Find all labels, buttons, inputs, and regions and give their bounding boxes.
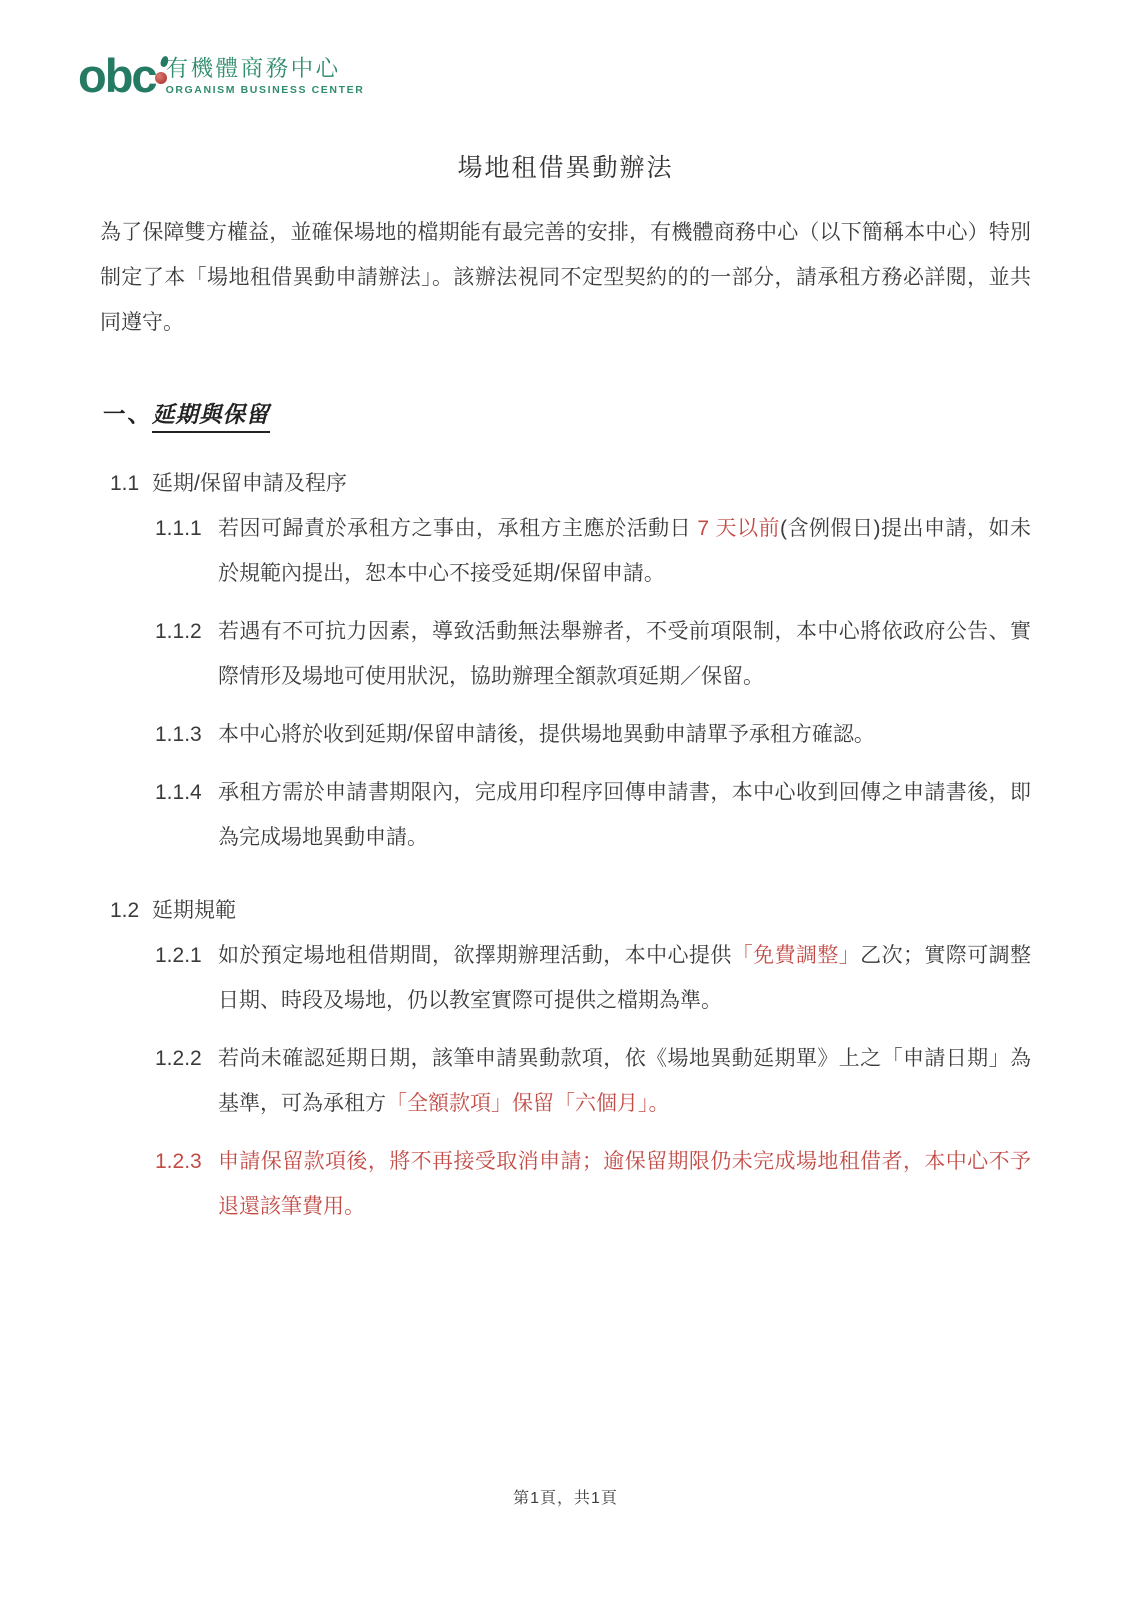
- clause-segment: 本中心將於收到延期/保留申請後，提供場地異動申請單予承租方確認。: [218, 723, 875, 746]
- clause-number: 1.1.1: [155, 506, 218, 596]
- clause-segment: 承租方需於申請書期限內，完成用印程序回傳申請書，本中心收到回傳之申請書後，即為完…: [218, 781, 1031, 849]
- page-footer: 第1頁，共1頁: [0, 1485, 1131, 1508]
- clause-1-2-1: 1.2.1 如於預定場地租借期間，欲擇期辦理活動，本中心提供「免費調整」乙次；實…: [155, 933, 1031, 1023]
- clause-number: 1.1.2: [155, 609, 218, 699]
- clause-number: 1.2.3: [155, 1139, 218, 1229]
- clause-segment-highlight: 「免費調整」: [732, 944, 860, 967]
- clause-text: 若尚未確認延期日期，該筆申請異動款項，依《場地異動延期單》上之「申請日期」為基準…: [218, 1036, 1031, 1126]
- clause-text: 申請保留款項後，將不再接受取消申請；逾保留期限仍未完成場地租借者，本中心不予退還…: [218, 1139, 1031, 1229]
- subsection-1-2-heading: 1.2 延期規範: [110, 888, 1031, 933]
- obc-logo-letters: obc: [78, 49, 156, 102]
- clause-text: 承租方需於申請書期限內，完成用印程序回傳申請書，本中心收到回傳之申請書後，即為完…: [218, 770, 1031, 860]
- clause-1-1-3: 1.1.3 本中心將於收到延期/保留申請後，提供場地異動申請單予承租方確認。: [155, 712, 1031, 757]
- clause-segment: 如於預定場地租借期間，欲擇期辦理活動，本中心提供: [218, 944, 732, 967]
- clause-1-2-2: 1.2.2 若尚未確認延期日期，該筆申請異動款項，依《場地異動延期單》上之「申請…: [155, 1036, 1031, 1126]
- clause-1-1-2: 1.1.2 若遇有不可抗力因素，導致活動無法舉辦者，不受前項限制，本中心將依政府…: [155, 609, 1031, 699]
- subsection-1-1-heading: 1.1 延期/保留申請及程序: [110, 461, 1031, 506]
- subsection-1-1-number: 1.1: [110, 461, 152, 506]
- clause-number: 1.2.2: [155, 1036, 218, 1126]
- clause-segment-highlight: 「全額款項」保留「六個月」。: [386, 1092, 670, 1115]
- clause-segment: 若遇有不可抗力因素，導致活動無法舉辦者，不受前項限制，本中心將依政府公告、實際情…: [218, 620, 1031, 688]
- clause-number: 1.2.1: [155, 933, 218, 1023]
- clause-text: 若因可歸責於承租方之事由，承租方主應於活動日 7 天以前(含例假日)提出申請，如…: [218, 506, 1031, 596]
- clause-1-2-3: 1.2.3 申請保留款項後，將不再接受取消申請；逾保留期限仍未完成場地租借者，本…: [155, 1139, 1031, 1229]
- clause-text: 若遇有不可抗力因素，導致活動無法舉辦者，不受前項限制，本中心將依政府公告、實際情…: [218, 609, 1031, 699]
- logo-english-name: ORGANISM BUSINESS CENTER: [166, 83, 365, 97]
- clause-1-1-4: 1.1.4 承租方需於申請書期限內，完成用印程序回傳申請書，本中心收到回傳之申請…: [155, 770, 1031, 860]
- clause-number: 1.1.4: [155, 770, 218, 860]
- subsection-1-2-title: 延期規範: [152, 888, 236, 933]
- page-title: 場地租借異動辦法: [100, 148, 1031, 184]
- section-1-number: 一、: [103, 402, 152, 427]
- clause-1-1-1: 1.1.1 若因可歸責於承租方之事由，承租方主應於活動日 7 天以前(含例假日)…: [155, 506, 1031, 596]
- clause-text: 如於預定場地租借期間，欲擇期辦理活動，本中心提供「免費調整」乙次；實際可調整日期…: [218, 933, 1031, 1023]
- clause-segment-highlight: 申請保留款項後，將不再接受取消申請；逾保留期限仍未完成場地租借者，本中心不予退還…: [218, 1150, 1031, 1218]
- logo-chinese-name: 有機體商務中心: [166, 55, 365, 83]
- subsection-1-2-number: 1.2: [110, 888, 152, 933]
- section-1-title: 延期與保留: [152, 397, 270, 433]
- clause-text: 本中心將於收到延期/保留申請後，提供場地異動申請單予承租方確認。: [218, 712, 1031, 757]
- obc-logo-mark: obc: [78, 48, 166, 104]
- clause-number: 1.1.3: [155, 712, 218, 757]
- logo-text-block: 有機體商務中心 ORGANISM BUSINESS CENTER: [166, 55, 365, 97]
- clause-segment: 若因可歸責於承租方之事由，承租方主應於活動日: [218, 517, 697, 540]
- section-1-heading: 一、延期與保留: [103, 397, 1031, 433]
- logo-red-dot-icon: [155, 72, 167, 84]
- intro-paragraph: 為了保障雙方權益，並確保場地的檔期能有最完善的安排，有機體商務中心（以下簡稱本中…: [100, 210, 1031, 345]
- clause-segment-highlight: 7 天以前: [697, 517, 780, 540]
- obc-logo: obc 有機體商務中心 ORGANISM BUSINESS CENTER: [78, 46, 1031, 106]
- subsection-1-1-title: 延期/保留申請及程序: [152, 461, 347, 506]
- document-page: obc 有機體商務中心 ORGANISM BUSINESS CENTER 場地租…: [0, 0, 1131, 1600]
